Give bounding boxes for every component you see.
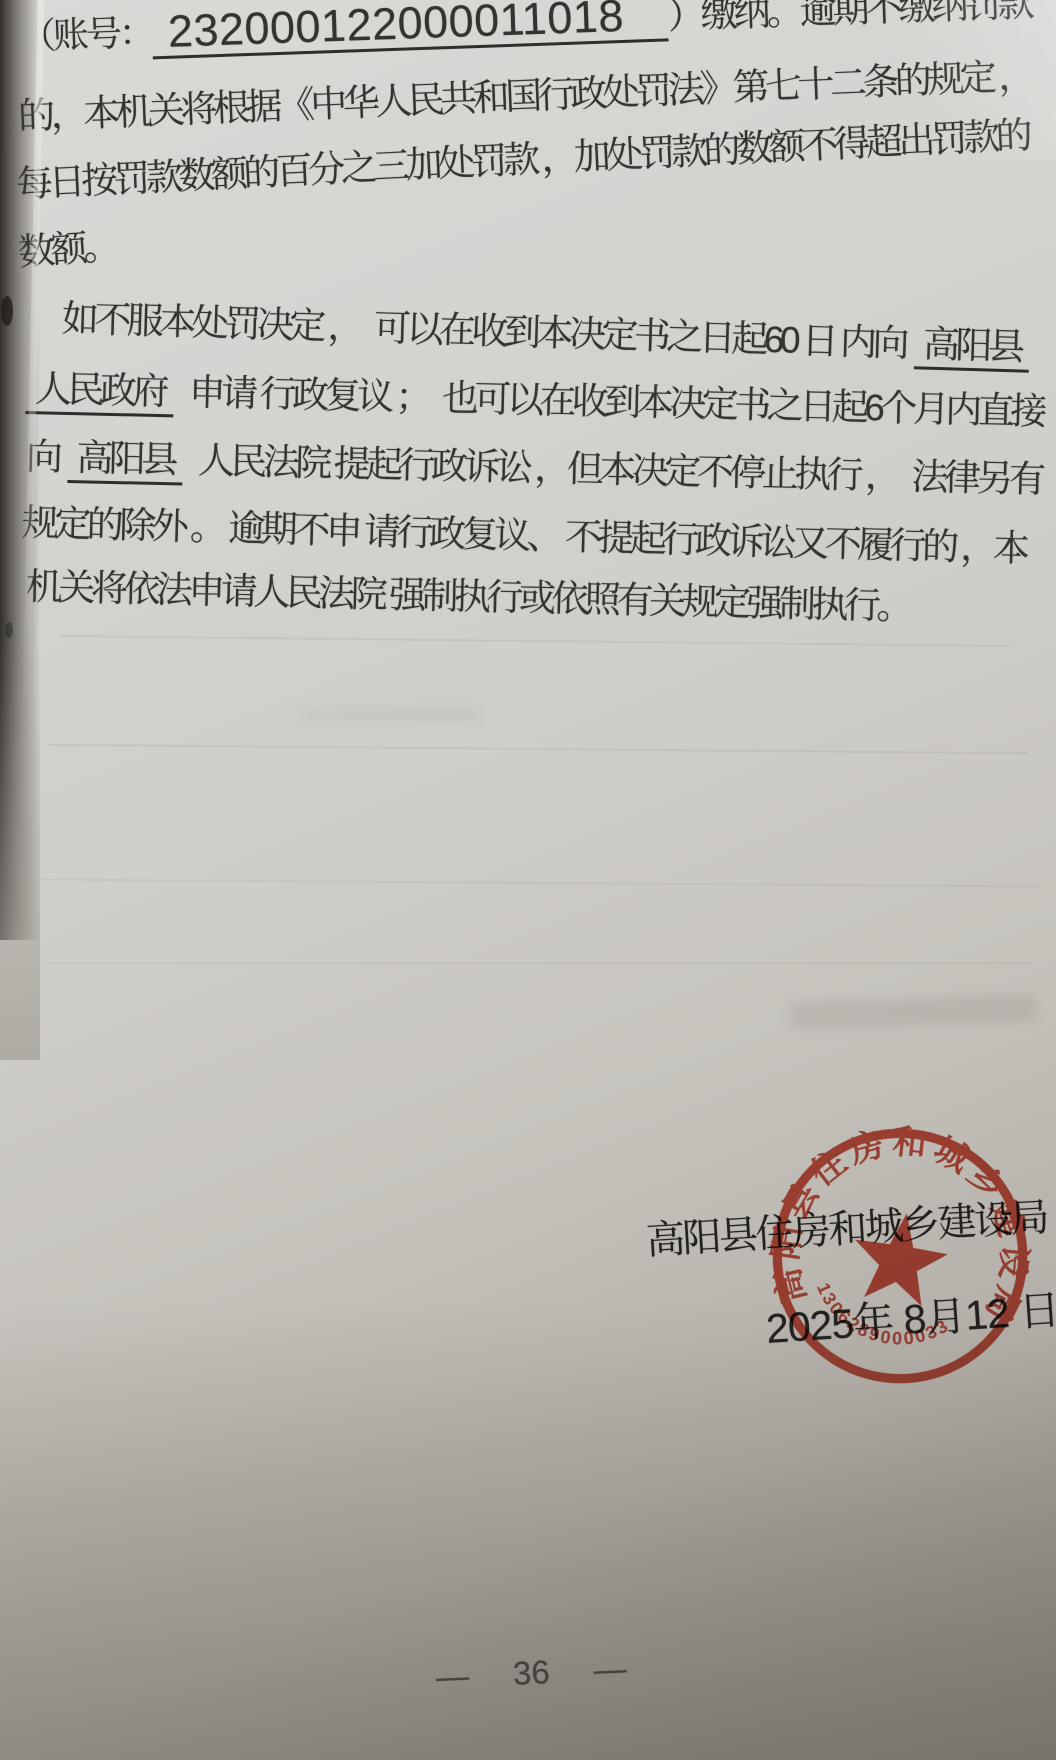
- para2-line1-text: 如不服本处罚决定 ， 可以在收到本决定书之日起60 日 内向: [61, 298, 905, 364]
- para2-line5: 机关将依法申请人民法院 强制执行或依照有关规定强制执行。: [25, 556, 909, 630]
- para2-line2-text: 申请 行政复议 ； 也可以在收到本决定书之日起6个月内直接: [188, 372, 1043, 432]
- para2-line1: 如不服本处罚决定 ， 可以在收到本决定书之日起60 日 内向高阳县: [61, 288, 1030, 371]
- edge-speck: [1, 296, 13, 326]
- ghost-table-line: [44, 962, 1034, 964]
- account-number-field: 232000122000011018: [151, 0, 668, 59]
- ghost-text-smudge: [300, 706, 480, 724]
- para2-line3: 向高阳县人民法院 提起行政诉讼 ，但本决定不停止执行 ， 法律另有: [25, 426, 1042, 503]
- para2-line3-text: 人民法院 提起行政诉讼 ，但本决定不停止执行 ， 法律另有: [197, 440, 1042, 500]
- para2-line2-underlined: 人民政府: [25, 368, 174, 417]
- para2-line3-underlined: 高阳县: [67, 437, 184, 486]
- para2-line1-underlined: 高阳县: [913, 323, 1030, 372]
- ghost-table-line: [48, 744, 1028, 755]
- para2-line2: 人民政府申请 行政复议 ； 也可以在收到本决定书之日起6个月内直接: [25, 358, 1043, 435]
- document-paper: （账号：232000122000011018）缴纳。逾期不缴纳罚款 的，本机关将…: [0, 0, 1056, 1760]
- ghost-table-line: [40, 879, 1040, 888]
- bottom-shadow-overlay: [0, 1300, 1056, 1760]
- top-right-light-overlay: [836, 0, 1056, 160]
- ghost-text-smudge: [790, 994, 1037, 1031]
- edge-speck: [5, 622, 13, 638]
- page-edge-fade: [0, 640, 40, 1060]
- ghost-table-line: [60, 635, 1010, 647]
